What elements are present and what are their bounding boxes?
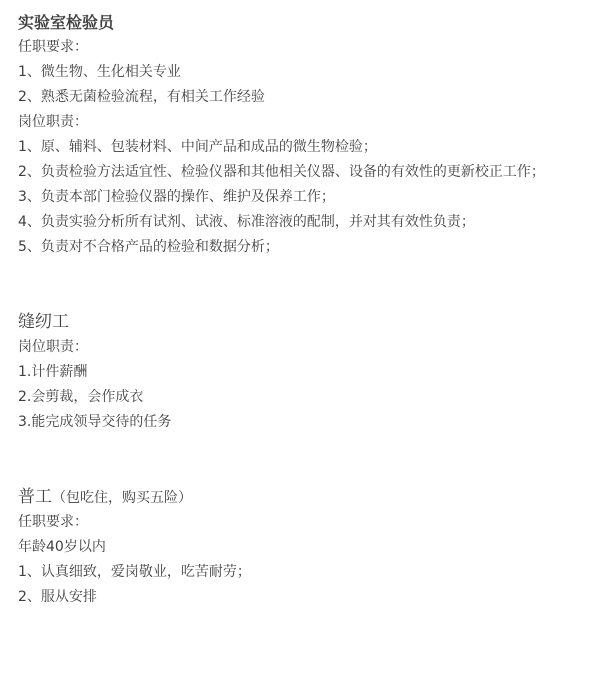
duty-item: 5、负责对不合格产品的检验和数据分析； bbox=[18, 235, 573, 260]
requirements-header: 任职要求： bbox=[18, 510, 573, 535]
job-section-lab-inspector: 实验室检验员 任职要求： 1、微生物、生化相关专业 2、熟悉无菌检验流程，有相关… bbox=[18, 10, 573, 260]
duty-item: 2.会剪裁，会作成衣 bbox=[18, 385, 573, 410]
duty-item: 2、负责检验方法适宜性、检验仪器和其他相关仪器、设备的有效性的更新校正工作； bbox=[18, 160, 573, 185]
requirement-item: 2、服从安排 bbox=[18, 585, 573, 610]
duty-item: 1.计件薪酬 bbox=[18, 360, 573, 385]
duties-header: 岗位职责： bbox=[18, 335, 573, 360]
section-divider-space bbox=[18, 260, 573, 310]
job-title-text: 普工 bbox=[18, 487, 52, 507]
duties-header: 岗位职责： bbox=[18, 110, 573, 135]
job-listings-document: 实验室检验员 任职要求： 1、微生物、生化相关专业 2、熟悉无菌检验流程，有相关… bbox=[0, 0, 591, 683]
duty-item: 1、原、辅料、包装材料、中间产品和成品的微生物检验； bbox=[18, 135, 573, 160]
section-divider-space bbox=[18, 435, 573, 485]
duty-item: 3、负责本部门检验仪器的操作、维护及保养工作； bbox=[18, 185, 573, 210]
job-section-general-worker: 普工（包吃住，购买五险） 任职要求： 年龄40岁以内 1、认真细致，爱岗敬业，吃… bbox=[18, 485, 573, 610]
requirement-item: 2、熟悉无菌检验流程，有相关工作经验 bbox=[18, 85, 573, 110]
job-title-general-worker: 普工（包吃住，购买五险） bbox=[18, 485, 573, 510]
duty-item: 4、负责实验分析所有试剂、试液、标准溶液的配制，并对其有效性负责； bbox=[18, 210, 573, 235]
job-section-sewing-worker: 缝纫工 岗位职责： 1.计件薪酬 2.会剪裁，会作成衣 3.能完成领导交待的任务 bbox=[18, 310, 573, 435]
requirements-header: 任职要求： bbox=[18, 35, 573, 60]
duty-item: 3.能完成领导交待的任务 bbox=[18, 410, 573, 435]
requirement-item: 1、认真细致，爱岗敬业，吃苦耐劳； bbox=[18, 560, 573, 585]
requirement-item: 1、微生物、生化相关专业 bbox=[18, 60, 573, 85]
job-title-lab-inspector: 实验室检验员 bbox=[18, 10, 573, 35]
requirement-item: 年龄40岁以内 bbox=[18, 535, 573, 560]
job-title-sewing-worker: 缝纫工 bbox=[18, 310, 573, 335]
job-title-benefits-note: （包吃住，购买五险） bbox=[52, 490, 192, 506]
